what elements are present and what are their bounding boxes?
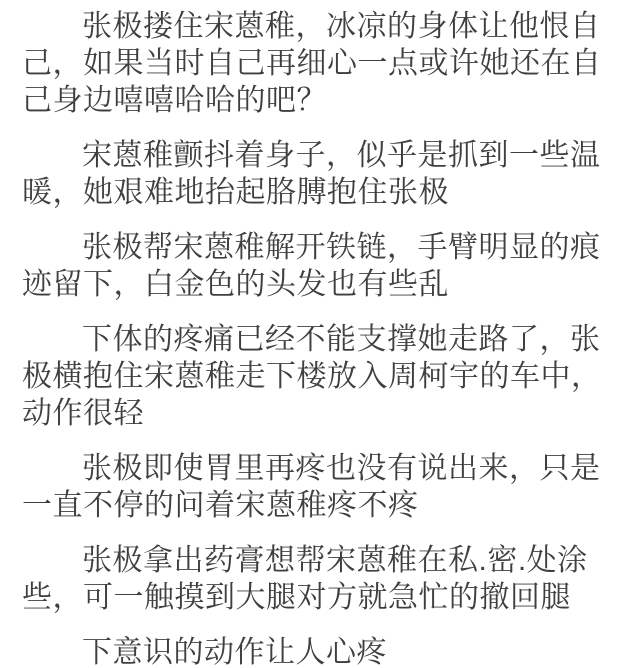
story-paragraph: 张极拿出药膏想帮宋蒽稚在私.密.处涂些，可一触摸到大腿对方就急忙的撤回腿 — [22, 542, 622, 616]
story-paragraph: 张极即使胃里再疼也没有说出来，只是一直不停的问着宋蒽稚疼不疼 — [22, 450, 622, 524]
story-paragraph: 下体的疼痛已经不能支撑她走路了，张极横抱住宋蒽稚走下楼放入周柯宇的车中，动作很轻 — [22, 321, 622, 432]
story-paragraph: 张极搂住宋蒽稚，冰凉的身体让他恨自己，如果当时自己再细心一点或许她还在自己身边嘻… — [22, 8, 622, 119]
story-paragraph: 下意识的动作让人心疼 — [22, 634, 622, 668]
story-paragraph: 宋蒽稚颤抖着身子，似乎是抓到一些温暖，她艰难地抬起胳膊抱住张极 — [22, 137, 622, 211]
novel-text-page: 张极搂住宋蒽稚，冰凉的身体让他恨自己，如果当时自己再细心一点或许她还在自己身边嘻… — [0, 0, 640, 668]
story-paragraph: 张极帮宋蒽稚解开铁链，手臂明显的痕迹留下，白金色的头发也有些乱 — [22, 229, 622, 303]
